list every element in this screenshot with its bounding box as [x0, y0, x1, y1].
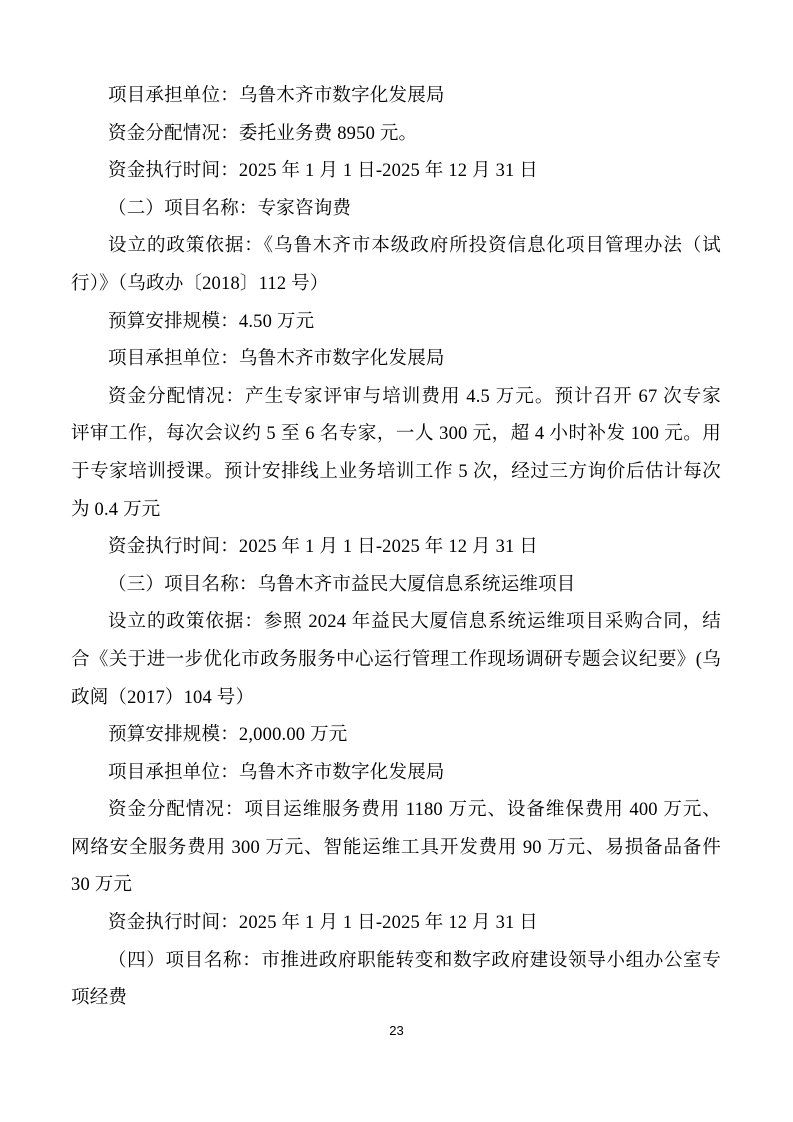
- document-line: 资金执行时间：2025 年 1 月 1 日-2025 年 12 月 31 日: [71, 529, 721, 567]
- document-line: 资金分配情况：委托业务费 8950 元。: [71, 116, 721, 154]
- document-page: 项目承担单位：乌鲁木齐市数字化发展局资金分配情况：委托业务费 8950 元。资金…: [0, 0, 793, 1122]
- document-line: 评审工作，每次会议约 5 至 6 名专家，一人 300 元，超 4 小时补发 1…: [71, 416, 721, 454]
- document-line: 项目承担单位：乌鲁木齐市数字化发展局: [71, 755, 721, 793]
- document-line: 网络安全服务费用 300 万元、智能运维工具开发费用 90 万元、易损备品备件: [71, 830, 721, 868]
- document-line: 资金分配情况：产生专家评审与培训费用 4.5 万元。预计召开 67 次专家: [71, 379, 721, 417]
- document-line: 资金执行时间：2025 年 1 月 1 日-2025 年 12 月 31 日: [71, 905, 721, 943]
- document-line: 项目承担单位：乌鲁木齐市数字化发展局: [71, 78, 721, 116]
- document-line: 设立的政策依据：参照 2024 年益民大厦信息系统运维项目采购合同，结: [71, 604, 721, 642]
- document-line: 项目承担单位：乌鲁木齐市数字化发展局: [71, 341, 721, 379]
- document-line: （二）项目名称：专家咨询费: [71, 191, 721, 229]
- document-line: （三）项目名称：乌鲁木齐市益民大厦信息系统运维项目: [71, 567, 721, 605]
- document-line: 设立的政策依据：《乌鲁木齐市本级政府所投资信息化项目管理办法（试: [71, 228, 721, 266]
- document-line: （四）项目名称：市推进政府职能转变和数字政府建设领导小组办公室专: [71, 943, 721, 981]
- document-line: 资金分配情况：项目运维服务费用 1180 万元、设备维保费用 400 万元、: [71, 792, 721, 830]
- document-line: 行）》（乌政办〔2018〕112 号）: [71, 266, 721, 304]
- document-line: 资金执行时间：2025 年 1 月 1 日-2025 年 12 月 31 日: [71, 153, 721, 191]
- document-line: 预算安排规模：4.50 万元: [71, 304, 721, 342]
- document-line: 合《关于进一步优化市政务服务中心运行管理工作现场调研专题会议纪要》(乌: [71, 642, 721, 680]
- page-number: 23: [389, 1023, 403, 1038]
- document-line: 30 万元: [71, 867, 721, 905]
- document-line: 政阅（2017）104 号）: [71, 680, 721, 718]
- page-footer: 23: [0, 1022, 793, 1040]
- document-line: 预算安排规模：2,000.00 万元: [71, 717, 721, 755]
- document-line: 项经费: [71, 980, 721, 1018]
- document-line: 为 0.4 万元: [71, 492, 721, 530]
- document-body: 项目承担单位：乌鲁木齐市数字化发展局资金分配情况：委托业务费 8950 元。资金…: [71, 78, 721, 1018]
- document-line: 于专家培训授课。预计安排线上业务培训工作 5 次，经过三方询价后估计每次: [71, 454, 721, 492]
